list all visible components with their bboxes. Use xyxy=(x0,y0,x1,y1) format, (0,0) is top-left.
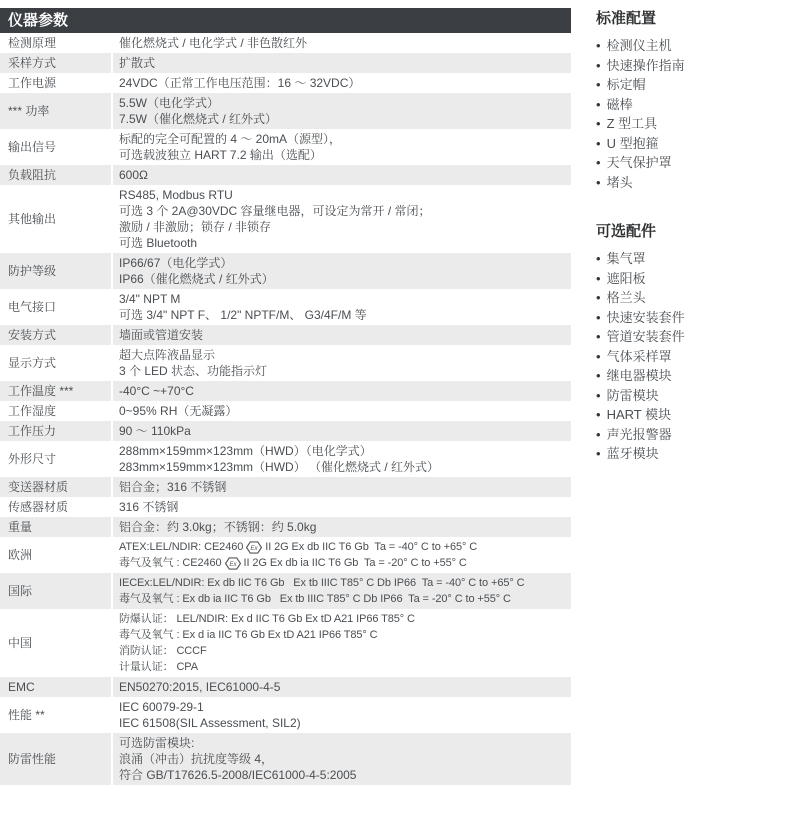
bullet-icon: • xyxy=(596,444,601,464)
bullet-icon: • xyxy=(596,269,601,289)
row-value: 铝合金；316 不锈钢 xyxy=(113,477,571,497)
list-item: •Z 型工具 xyxy=(596,114,784,134)
value-line: 可选防雷模块: xyxy=(119,735,569,751)
bullet-icon: • xyxy=(596,75,601,95)
value-line: 283mm×159mm×123mm（HWD） （催化燃烧式 / 红外式） xyxy=(119,459,569,475)
row-value: ATEX:LEL/NDIR: CE2460ExII 2G Ex db IIC T… xyxy=(113,537,571,573)
bullet-icon: • xyxy=(596,347,601,367)
table-row: 电气接口3/4" NPT M可选 3/4" NPT F、 1/2" NPTF/M… xyxy=(0,289,571,325)
row-label: *** 功率 xyxy=(0,93,113,129)
bullet-icon: • xyxy=(596,288,601,308)
row-value: 标配的完全可配置的 4 ～ 20mA（源型），可选载波独立 HART 7.2 输… xyxy=(113,129,571,165)
value-line: 3 个 LED 状态、功能指示灯 xyxy=(119,363,569,379)
value-line: 计量认证： CPA xyxy=(119,659,569,675)
bullet-icon: • xyxy=(596,249,601,269)
value-line: ATEX:LEL/NDIR: CE2460ExII 2G Ex db IIC T… xyxy=(119,539,569,555)
value-line: 催化燃烧式 / 电化学式 / 非色散红外 xyxy=(119,35,569,51)
row-value: 超大点阵液晶显示3 个 LED 状态、功能指示灯 xyxy=(113,345,571,381)
table-row: 防护等级IP66/67（电化学式）IP66（催化燃烧式 / 红外式） xyxy=(0,253,571,289)
bullet-icon: • xyxy=(596,308,601,328)
table-row: 变送器材质铝合金；316 不锈钢 xyxy=(0,477,571,497)
value-line: 墙面或管道安装 xyxy=(119,327,569,343)
row-value: RS485, Modbus RTU可选 3 个 2A@30VDC 容量继电器，可… xyxy=(113,185,571,253)
table-row: 工作电源24VDC（正常工作电压范围：16 ～ 32VDC） xyxy=(0,73,571,93)
list-item-label: 快速安装套件 xyxy=(607,308,685,328)
value-line: 扩散式 xyxy=(119,55,569,71)
row-label: 电气接口 xyxy=(0,289,113,325)
row-label: 安装方式 xyxy=(0,325,113,345)
table-row: 中国防爆认证： LEL/NDIR: Ex d IIC T6 Gb Ex tD A… xyxy=(0,609,571,677)
value-line: 90 ～ 110kPa xyxy=(119,423,569,439)
bullet-icon: • xyxy=(596,36,601,56)
table-row: 性能 **IEC 60079-29-1IEC 61508(SIL Assessm… xyxy=(0,697,571,733)
list-item: •气体采样罩 xyxy=(596,347,784,367)
list-item-label: 集气罩 xyxy=(607,249,646,269)
row-value: 5.5W（电化学式）7.5W（催化燃烧式 / 红外式） xyxy=(113,93,571,129)
standard-config-list: •检测仪主机•快速操作指南•标定帽•磁棒•Z 型工具•U 型抱箍•天气保护罩•堵… xyxy=(596,36,784,192)
row-label: 国际 xyxy=(0,573,113,609)
list-item-label: 检测仪主机 xyxy=(607,36,672,56)
value-line: IP66/67（电化学式） xyxy=(119,255,569,271)
list-item: •继电器模块 xyxy=(596,366,784,386)
row-value: 24VDC（正常工作电压范围：16 ～ 32VDC） xyxy=(113,73,571,93)
list-item-label: 声光报警器 xyxy=(607,425,672,445)
value-line: 毒气及氧气 : Ex d ia IIC T6 Gb Ex tD A21 IP66… xyxy=(119,627,569,643)
spec-table: 仪器参数 检测原理催化燃烧式 / 电化学式 / 非色散红外采样方式扩散式工作电源… xyxy=(0,8,571,785)
row-label: 采样方式 xyxy=(0,53,113,73)
value-line: IEC 61508(SIL Assessment, SIL2) xyxy=(119,715,569,731)
row-label: 传感器材质 xyxy=(0,497,113,517)
row-value: 防爆认证： LEL/NDIR: Ex d IIC T6 Gb Ex tD A21… xyxy=(113,609,571,677)
list-item: •标定帽 xyxy=(596,75,784,95)
bullet-icon: • xyxy=(596,327,601,347)
list-item: •堵头 xyxy=(596,173,784,193)
list-item-label: 格兰头 xyxy=(607,288,646,308)
value-line: 符合 GB/T17626.5-2008/IEC61000-4-5:2005 xyxy=(119,767,569,783)
row-value: 可选防雷模块:浪涌（冲击）抗扰度等级 4，符合 GB/T17626.5-2008… xyxy=(113,733,571,785)
bullet-icon: • xyxy=(596,134,601,154)
bullet-icon: • xyxy=(596,56,601,76)
value-line: 激励 / 非激励；锁存 / 非锁存 xyxy=(119,219,569,235)
row-label: 外形尺寸 xyxy=(0,441,113,477)
row-label: 检测原理 xyxy=(0,33,113,53)
value-line: 超大点阵液晶显示 xyxy=(119,347,569,363)
row-value: IECEx:LEL/NDIR: Ex db IIC T6 Gb Ex tb II… xyxy=(113,573,571,609)
value-line: 消防认证： CCCF xyxy=(119,643,569,659)
cert-text-post: II 2G Ex db ia IIC T6 Gb Ta = -20° C to … xyxy=(244,555,467,571)
svg-text:Ex: Ex xyxy=(251,544,259,551)
table-row: 安装方式墙面或管道安装 xyxy=(0,325,571,345)
table-row: 显示方式超大点阵液晶显示3 个 LED 状态、功能指示灯 xyxy=(0,345,571,381)
optional-accessories-list: •集气罩•遮阳板•格兰头•快速安装套件•管道安装套件•气体采样罩•继电器模块•防… xyxy=(596,249,784,464)
list-item: •快速操作指南 xyxy=(596,56,784,76)
row-label: 防雷性能 xyxy=(0,733,113,785)
value-line: 7.5W（催化燃烧式 / 红外式） xyxy=(119,111,569,127)
table-row: 传感器材质316 不锈钢 xyxy=(0,497,571,517)
row-value: 扩散式 xyxy=(113,53,571,73)
table-row: *** 功率5.5W（电化学式）7.5W（催化燃烧式 / 红外式） xyxy=(0,93,571,129)
row-value: 3/4" NPT M可选 3/4" NPT F、 1/2" NPTF/M、 G3… xyxy=(113,289,571,325)
list-item: •天气保护罩 xyxy=(596,153,784,173)
row-value: IP66/67（电化学式）IP66（催化燃烧式 / 红外式） xyxy=(113,253,571,289)
list-item-label: 天气保护罩 xyxy=(607,153,672,173)
list-item: •检测仪主机 xyxy=(596,36,784,56)
svg-text:Ex: Ex xyxy=(229,560,237,567)
value-line: 可选载波独立 HART 7.2 输出（选配） xyxy=(119,147,569,163)
list-item-label: 堵头 xyxy=(607,173,633,193)
row-value: 90 ～ 110kPa xyxy=(113,421,571,441)
row-label: 其他输出 xyxy=(0,185,113,253)
table-row: 欧洲ATEX:LEL/NDIR: CE2460ExII 2G Ex db IIC… xyxy=(0,537,571,573)
value-line: 可选 3/4" NPT F、 1/2" NPTF/M、 G3/4F/M 等 xyxy=(119,307,569,323)
list-item-label: 蓝牙模块 xyxy=(607,444,659,464)
row-label: 防护等级 xyxy=(0,253,113,289)
table-row: 外形尺寸288mm×159mm×123mm（HWD）（电化学式）283mm×15… xyxy=(0,441,571,477)
row-label: 工作温度 *** xyxy=(0,381,113,401)
bullet-icon: • xyxy=(596,366,601,386)
value-line: 毒气及氧气 : Ex db ia IIC T6 Gb Ex tb IIIC T8… xyxy=(119,591,569,607)
table-row: 其他输出RS485, Modbus RTU可选 3 个 2A@30VDC 容量继… xyxy=(0,185,571,253)
row-label: EMC xyxy=(0,677,113,697)
list-item-label: U 型抱箍 xyxy=(607,134,659,154)
list-item-label: 管道安装套件 xyxy=(607,327,685,347)
bullet-icon: • xyxy=(596,386,601,406)
value-line: 316 不锈钢 xyxy=(119,499,569,515)
table-row: 输出信号标配的完全可配置的 4 ～ 20mA（源型），可选载波独立 HART 7… xyxy=(0,129,571,165)
list-item: •HART 模块 xyxy=(596,405,784,425)
row-label: 中国 xyxy=(0,609,113,677)
value-line: 防爆认证： LEL/NDIR: Ex d IIC T6 Gb Ex tD A21… xyxy=(119,611,569,627)
value-line: 可选 Bluetooth xyxy=(119,235,569,251)
value-line: 浪涌（冲击）抗扰度等级 4， xyxy=(119,751,569,767)
row-label: 工作湿度 xyxy=(0,401,113,421)
sidebar: 标准配置 •检测仪主机•快速操作指南•标定帽•磁棒•Z 型工具•U 型抱箍•天气… xyxy=(596,8,784,464)
list-item-label: 防雷模块 xyxy=(607,386,659,406)
optional-accessories-title: 可选配件 xyxy=(596,223,784,240)
row-label: 欧洲 xyxy=(0,537,113,573)
row-label: 输出信号 xyxy=(0,129,113,165)
bullet-icon: • xyxy=(596,95,601,115)
row-label: 负载阻抗 xyxy=(0,165,113,185)
value-line: 铝合金；316 不锈钢 xyxy=(119,479,569,495)
table-row: 防雷性能可选防雷模块:浪涌（冲击）抗扰度等级 4，符合 GB/T17626.5-… xyxy=(0,733,571,785)
value-line: 标配的完全可配置的 4 ～ 20mA（源型）， xyxy=(119,131,569,147)
list-item: •快速安装套件 xyxy=(596,308,784,328)
table-row: 重量铝合金：约 3.0kg；不锈钢：约 5.0kg xyxy=(0,517,571,537)
value-line: IEC 60079-29-1 xyxy=(119,699,569,715)
list-item: •集气罩 xyxy=(596,249,784,269)
cert-text-pre: ATEX:LEL/NDIR: CE2460 xyxy=(119,539,243,555)
bullet-icon: • xyxy=(596,405,601,425)
page: 仪器参数 检测原理催化燃烧式 / 电化学式 / 非色散红外采样方式扩散式工作电源… xyxy=(0,8,785,785)
list-item-label: 标定帽 xyxy=(607,75,646,95)
row-value: 316 不锈钢 xyxy=(113,497,571,517)
table-row: 采样方式扩散式 xyxy=(0,53,571,73)
table-row: 负载阻抗600Ω xyxy=(0,165,571,185)
table-row: 检测原理催化燃烧式 / 电化学式 / 非色散红外 xyxy=(0,33,571,53)
bullet-icon: • xyxy=(596,114,601,134)
value-line: 3/4" NPT M xyxy=(119,291,569,307)
row-value: IEC 60079-29-1IEC 61508(SIL Assessment, … xyxy=(113,697,571,733)
value-line: 5.5W（电化学式） xyxy=(119,95,569,111)
bullet-icon: • xyxy=(596,173,601,193)
table-row: 工作压力90 ～ 110kPa xyxy=(0,421,571,441)
table-row: 国际IECEx:LEL/NDIR: Ex db IIC T6 Gb Ex tb … xyxy=(0,573,571,609)
row-label: 工作电源 xyxy=(0,73,113,93)
row-value: 0~95% RH（无凝露） xyxy=(113,401,571,421)
row-value: EN50270:2015, IEC61000-4-5 xyxy=(113,677,571,697)
bullet-icon: • xyxy=(596,153,601,173)
cert-text-pre: 毒气及氧气 : CE2460 xyxy=(119,555,222,571)
value-line: 24VDC（正常工作电压范围：16 ～ 32VDC） xyxy=(119,75,569,91)
cert-text-post: II 2G Ex db IIC T6 Gb Ta = -40° C to +65… xyxy=(265,539,477,555)
list-item: •磁棒 xyxy=(596,95,784,115)
value-line: -40°C ~+70°C xyxy=(119,383,569,399)
row-value: 催化燃烧式 / 电化学式 / 非色散红外 xyxy=(113,33,571,53)
standard-config-title: 标准配置 xyxy=(596,10,784,27)
row-label: 显示方式 xyxy=(0,345,113,381)
value-line: IP66（催化燃烧式 / 红外式） xyxy=(119,271,569,287)
value-line: 0~95% RH（无凝露） xyxy=(119,403,569,419)
row-value: 墙面或管道安装 xyxy=(113,325,571,345)
list-item: •U 型抱箍 xyxy=(596,134,784,154)
list-item: •防雷模块 xyxy=(596,386,784,406)
atex-ex-icon: Ex xyxy=(246,541,262,554)
value-line: IECEx:LEL/NDIR: Ex db IIC T6 Gb Ex tb II… xyxy=(119,575,569,591)
table-row: 工作温度 ***-40°C ~+70°C xyxy=(0,381,571,401)
atex-ex-icon: Ex xyxy=(225,557,241,570)
row-value: -40°C ~+70°C xyxy=(113,381,571,401)
table-row: 工作湿度0~95% RH（无凝露） xyxy=(0,401,571,421)
value-line: 288mm×159mm×123mm（HWD）（电化学式） xyxy=(119,443,569,459)
list-item: •管道安装套件 xyxy=(596,327,784,347)
row-value: 600Ω xyxy=(113,165,571,185)
list-item-label: 气体采样罩 xyxy=(607,347,672,367)
bullet-icon: • xyxy=(596,425,601,445)
table-row: EMCEN50270:2015, IEC61000-4-5 xyxy=(0,677,571,697)
value-line: 铝合金：约 3.0kg；不锈钢：约 5.0kg xyxy=(119,519,569,535)
value-line: 可选 3 个 2A@30VDC 容量继电器，可设定为常开 / 常闭； xyxy=(119,203,569,219)
list-item-label: 磁棒 xyxy=(607,95,633,115)
row-label: 性能 ** xyxy=(0,697,113,733)
list-item: •遮阳板 xyxy=(596,269,784,289)
value-line: RS485, Modbus RTU xyxy=(119,187,569,203)
value-line: 毒气及氧气 : CE2460ExII 2G Ex db ia IIC T6 Gb… xyxy=(119,555,569,571)
spec-table-body: 检测原理催化燃烧式 / 电化学式 / 非色散红外采样方式扩散式工作电源24VDC… xyxy=(0,33,571,785)
list-item-label: 继电器模块 xyxy=(607,366,672,386)
list-item-label: 遮阳板 xyxy=(607,269,646,289)
list-item-label: Z 型工具 xyxy=(607,114,658,134)
row-label: 变送器材质 xyxy=(0,477,113,497)
row-label: 工作压力 xyxy=(0,421,113,441)
list-item-label: HART 模块 xyxy=(607,405,672,425)
list-item: •格兰头 xyxy=(596,288,784,308)
list-item: •蓝牙模块 xyxy=(596,444,784,464)
row-label: 重量 xyxy=(0,517,113,537)
value-line: EN50270:2015, IEC61000-4-5 xyxy=(119,679,569,695)
value-line: 600Ω xyxy=(119,167,569,183)
spec-table-title: 仪器参数 xyxy=(0,8,571,33)
list-item: •声光报警器 xyxy=(596,425,784,445)
row-value: 铝合金：约 3.0kg；不锈钢：约 5.0kg xyxy=(113,517,571,537)
list-item-label: 快速操作指南 xyxy=(607,56,685,76)
row-value: 288mm×159mm×123mm（HWD）（电化学式）283mm×159mm×… xyxy=(113,441,571,477)
